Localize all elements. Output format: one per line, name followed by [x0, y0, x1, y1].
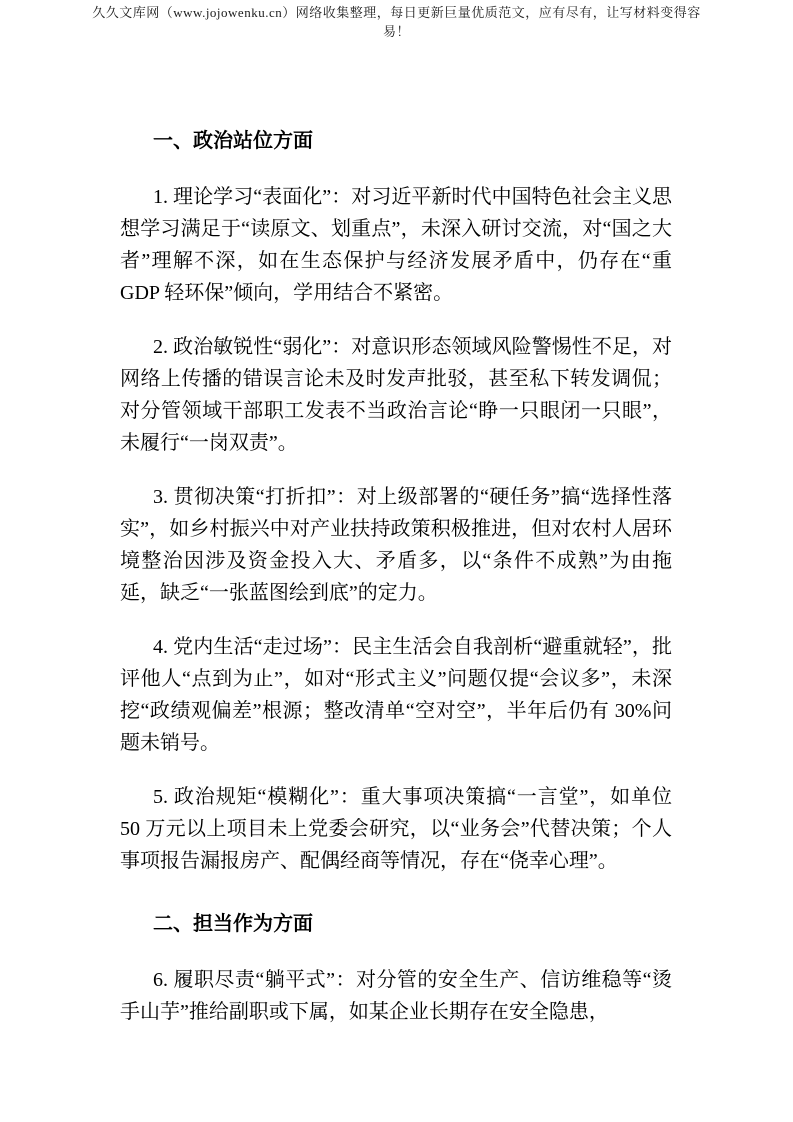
watermark-line-2: 易！ [0, 22, 793, 41]
body-paragraph-4: 4. 党内生活“走过场”：民主生活会自我剖析“避重就轻”，批评他人“点到为止”，… [120, 631, 672, 759]
document-page: 久久文库网（www.jojowenku.cn）网络收集整理，每日更新巨量优质范文… [0, 0, 793, 1122]
document-body: 一、政治站位方面 1. 理论学习“表面化”：对习近平新时代中国特色社会主义思想学… [120, 125, 672, 1028]
body-paragraph-5: 5. 政治规矩“模糊化”：重大事项决策搞“一言堂”，如单位 50 万元以上项目未… [120, 781, 672, 877]
body-paragraph-3: 3. 贯彻决策“打折扣”：对上级部署的“硬任务”搞“选择性落实”，如乡村振兴中对… [120, 481, 672, 609]
body-paragraph-2: 2. 政治敏锐性“弱化”：对意识形态领域风险警惕性不足，对网络上传播的错误言论未… [120, 331, 672, 459]
section-heading-responsibility: 二、担当作为方面 [120, 908, 672, 940]
body-paragraph-6: 6. 履职尽责“躺平式”：对分管的安全生产、信访维稳等“烫手山芋”推给副职或下属… [120, 964, 672, 1028]
watermark-line-1: 久久文库网（www.jojowenku.cn）网络收集整理，每日更新巨量优质范文… [0, 3, 793, 22]
section-heading-political-stance: 一、政治站位方面 [120, 125, 672, 157]
watermark-header: 久久文库网（www.jojowenku.cn）网络收集整理，每日更新巨量优质范文… [0, 0, 793, 41]
body-paragraph-1: 1. 理论学习“表面化”：对习近平新时代中国特色社会主义思想学习满足于“读原文、… [120, 181, 672, 309]
